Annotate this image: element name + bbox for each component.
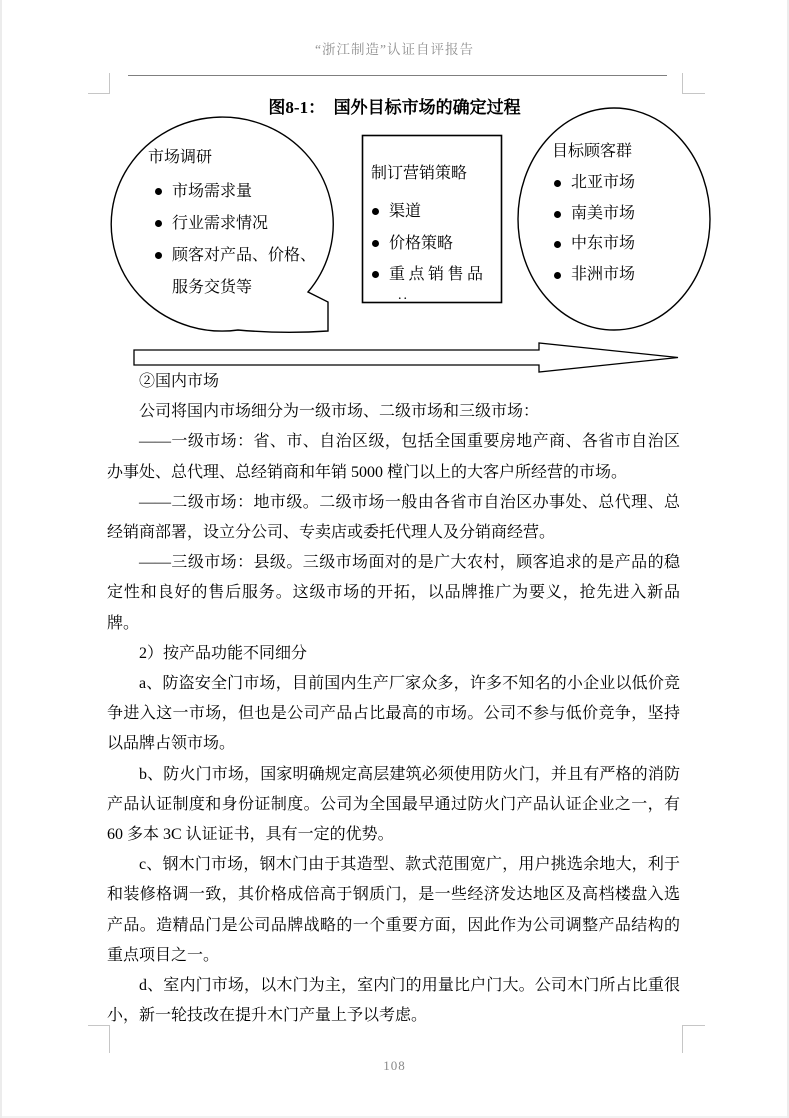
- list-item: 中东市场: [552, 229, 702, 260]
- box-clipped-text: ..: [398, 288, 409, 304]
- paragraph: 2）按产品功能不同细分: [107, 639, 680, 669]
- box-title: 制订营销策略: [371, 166, 467, 182]
- paragraph: a、防盗安全门市场，目前国内生产厂家众多，许多不知名的小企业以低价竞争进入这一市…: [107, 669, 680, 760]
- box-list: 渠道 价格策略 重点销售品: [370, 196, 500, 291]
- bullet-icon: [155, 252, 162, 259]
- bullet-icon: [372, 208, 379, 215]
- list-item-label: 行业需求情况: [172, 208, 316, 240]
- list-item: 非洲市场: [552, 260, 702, 291]
- list-item-label: 中东市场: [571, 229, 702, 260]
- list-item-label: 重点销售品: [389, 259, 500, 291]
- bubble-list: 市场需求量 行业需求情况 顾客对产品、价格、服务交货等: [153, 176, 316, 304]
- document-page: “浙江制造”认证自评报告 图8-1： 国外目标市场的确定过程 市场调研 市场需求…: [0, 0, 789, 1118]
- page-number: 108: [0, 1058, 789, 1074]
- paragraph: d、室内门市场，以木门为主，室内门的用量比户门大。公司木门所占比重很小，新一轮技…: [107, 971, 680, 1031]
- list-item-label: 市场需求量: [172, 176, 316, 208]
- list-item-label: 北亚市场: [571, 168, 702, 199]
- body-text: ②国内市场 公司将国内市场细分为一级市场、二级市场和三级市场： ——一级市场：省…: [107, 367, 680, 1031]
- list-item: 渠道: [370, 196, 500, 228]
- list-item: 价格策略: [370, 228, 500, 260]
- bullet-icon: [554, 180, 561, 187]
- list-item: 市场需求量: [153, 176, 316, 208]
- ellipse-title: 目标顾客群: [552, 144, 632, 160]
- bullet-icon: [554, 211, 561, 218]
- ellipse-list: 北亚市场 南美市场 中东市场 非洲市场: [552, 168, 702, 290]
- list-item: 顾客对产品、价格、服务交货等: [153, 240, 316, 304]
- list-item: 北亚市场: [552, 168, 702, 199]
- bubble-title: 市场调研: [148, 150, 212, 166]
- bullet-icon: [372, 240, 379, 247]
- paragraph: ——二级市场：地市级。二级市场一般由各省市自治区办事处、总代理、总经销商部署，设…: [107, 488, 680, 548]
- bullet-icon: [155, 188, 162, 195]
- bullet-icon: [372, 271, 379, 278]
- bullet-icon: [554, 241, 561, 248]
- paragraph: b、防火门市场，国家明确规定高层建筑必须使用防火门，并且有严格的消防产品认证制度…: [107, 760, 680, 851]
- list-item-label: 非洲市场: [571, 260, 702, 291]
- paragraph: c、钢木门市场，钢木门由于其造型、款式范围宽广，用户挑选余地大，利于和装修格调一…: [107, 850, 680, 971]
- list-item-label: 渠道: [389, 196, 500, 228]
- bullet-icon: [155, 220, 162, 227]
- bullet-icon: [554, 272, 561, 279]
- list-item-label: 南美市场: [571, 199, 702, 230]
- list-item-label: 价格策略: [389, 228, 500, 260]
- paragraph: ——一级市场：省、市、自治区级，包括全国重要房地产商、各省市自治区办事处、总代理…: [107, 427, 680, 487]
- crop-mark-bottom-right-icon: [682, 1025, 705, 1053]
- list-item: 行业需求情况: [153, 208, 316, 240]
- paragraph: ——三级市场：县级。三级市场面对的是广大农村，顾客追求的是产品的稳定性和良好的售…: [107, 548, 680, 639]
- paragraph: 公司将国内市场细分为一级市场、二级市场和三级市场：: [107, 397, 680, 427]
- list-item: 南美市场: [552, 199, 702, 230]
- paragraph: ②国内市场: [107, 367, 680, 397]
- list-item-label: 顾客对产品、价格、服务交货等: [172, 240, 316, 304]
- list-item: 重点销售品: [370, 259, 500, 291]
